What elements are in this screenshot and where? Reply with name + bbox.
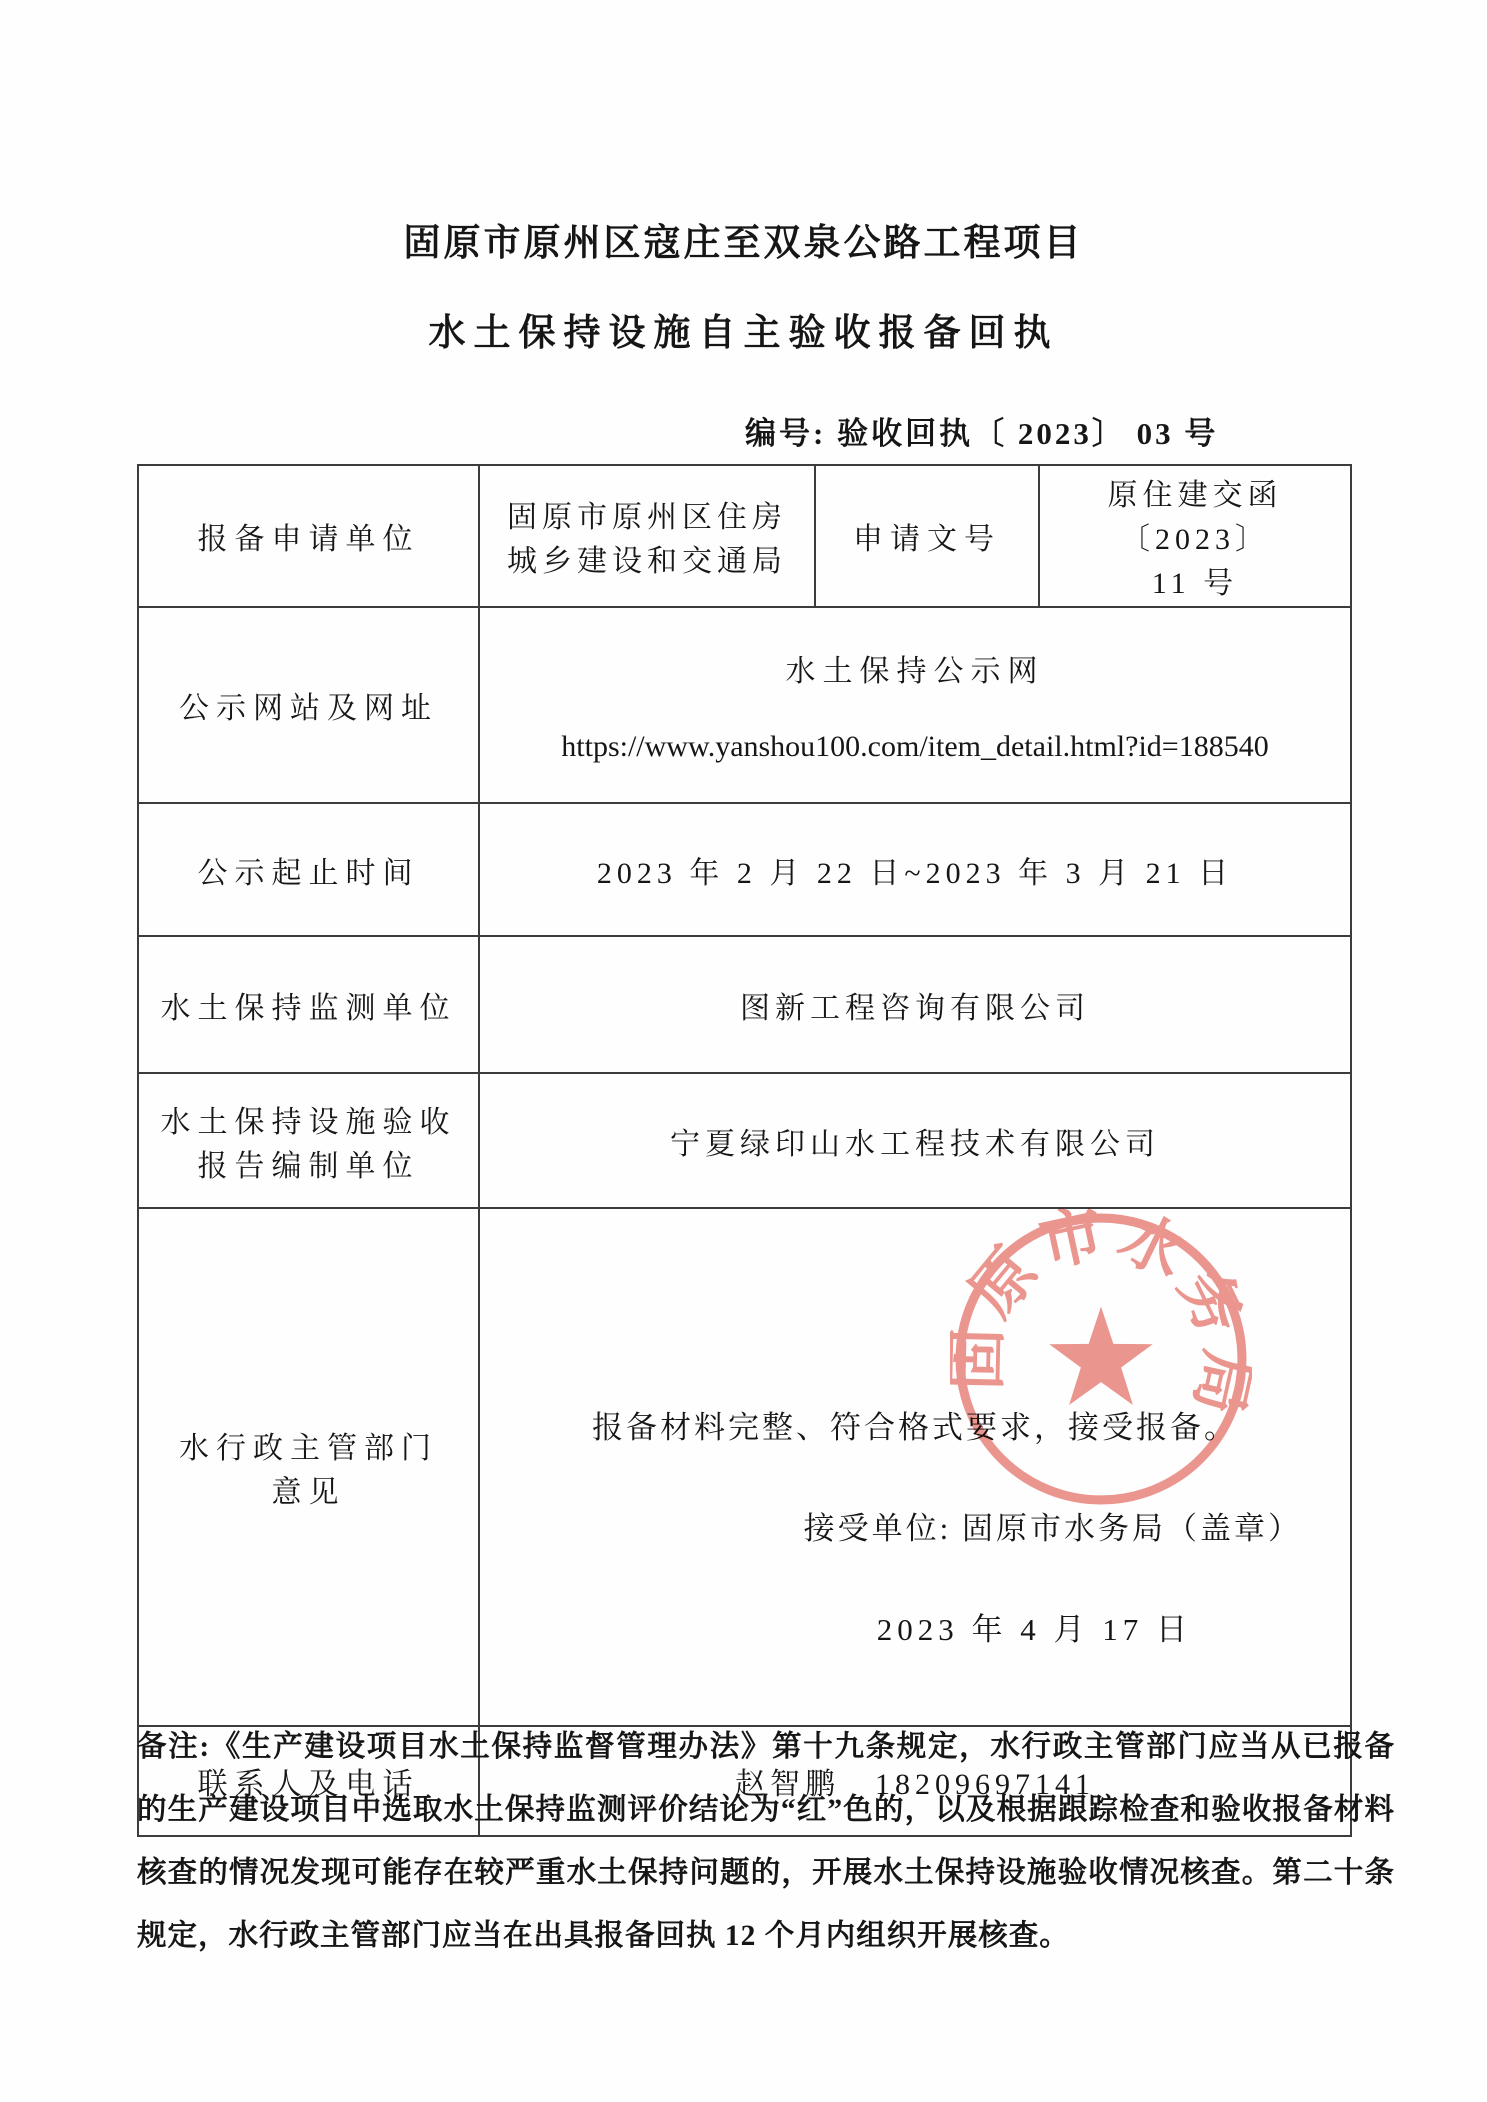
doc-title-line1: 固原市原州区寇庄至双泉公路工程项目 bbox=[0, 212, 1487, 266]
publicity-site-name: 水土保持公示网 bbox=[488, 646, 1342, 690]
value-publicity-website: 水土保持公示网 https://www.yanshou100.com/item_… bbox=[479, 607, 1351, 803]
row-publicity-website: 公示网站及网址 水土保持公示网 https://www.yanshou100.c… bbox=[138, 607, 1351, 803]
value-monitoring-unit: 图新工程咨询有限公司 bbox=[479, 936, 1351, 1073]
value-application-doc-no: 原住建交函〔2023〕 11 号 bbox=[1039, 465, 1351, 607]
opinion-accepting-unit: 接受单位: 固原市水务局（盖章） bbox=[488, 1503, 1342, 1548]
publicity-site-url: https://www.yanshou100.com/item_detail.h… bbox=[488, 730, 1342, 764]
value-report-compiling-unit: 宁夏绿印山水工程技术有限公司 bbox=[479, 1073, 1351, 1208]
label-applicant-unit: 报备申请单位 bbox=[138, 465, 479, 607]
row-publicity-period: 公示起止时间 2023 年 2 月 22 日~2023 年 3 月 21 日 bbox=[138, 803, 1351, 936]
row-applicant: 报备申请单位 固原市原州区住房 城乡建设和交通局 申请文号 原住建交函〔2023… bbox=[138, 465, 1351, 607]
opinion-statement: 报备材料完整、符合格式要求，接受报备。 bbox=[488, 1402, 1342, 1447]
label-publicity-website: 公示网站及网址 bbox=[138, 607, 479, 803]
doc-title-line2: 水土保持设施自主验收报备回执 bbox=[0, 302, 1487, 356]
value-applicant-unit: 固原市原州区住房 城乡建设和交通局 bbox=[479, 465, 815, 607]
row-report-compiling-unit: 水土保持设施验收 报告编制单位 宁夏绿印山水工程技术有限公司 bbox=[138, 1073, 1351, 1208]
row-monitoring-unit: 水土保持监测单位 图新工程咨询有限公司 bbox=[138, 936, 1351, 1073]
footnote: 备注:《生产建设项目水土保持监督管理办法》第十九条规定，水行政主管部门应当从已报… bbox=[137, 1716, 1395, 1968]
opinion-date: 2023 年 4 月 17 日 bbox=[488, 1604, 1342, 1649]
label-authority-opinion: 水行政主管部门 意见 bbox=[138, 1208, 479, 1726]
row-authority-opinion: 水行政主管部门 意见 报备材料完整、符合格式要求，接受报备。 接受单位: 固原市… bbox=[138, 1208, 1351, 1726]
document-page: 固原市原州区寇庄至双泉公路工程项目 水土保持设施自主验收报备回执 编号: 验收回… bbox=[0, 0, 1487, 2102]
label-report-compiling-unit: 水土保持设施验收 报告编制单位 bbox=[138, 1073, 479, 1208]
filing-table: 报备申请单位 固原市原州区住房 城乡建设和交通局 申请文号 原住建交函〔2023… bbox=[137, 464, 1352, 1837]
doc-number: 编号: 验收回执〔 2023〕 03 号 bbox=[745, 408, 1218, 453]
label-application-doc-no: 申请文号 bbox=[815, 465, 1039, 607]
label-monitoring-unit: 水土保持监测单位 bbox=[138, 936, 479, 1073]
value-authority-opinion: 报备材料完整、符合格式要求，接受报备。 接受单位: 固原市水务局（盖章） 202… bbox=[479, 1208, 1351, 1726]
authority-opinion-content: 报备材料完整、符合格式要求，接受报备。 接受单位: 固原市水务局（盖章） 202… bbox=[488, 1247, 1342, 1687]
label-publicity-period: 公示起止时间 bbox=[138, 803, 479, 936]
value-publicity-period: 2023 年 2 月 22 日~2023 年 3 月 21 日 bbox=[479, 803, 1351, 936]
